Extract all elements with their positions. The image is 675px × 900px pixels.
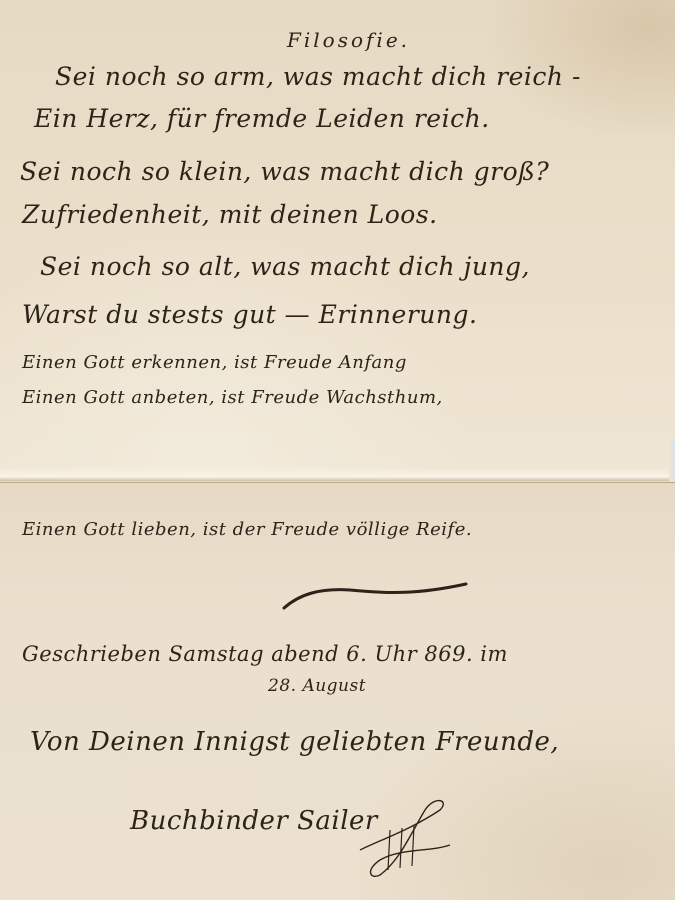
date-line: Geschrieben Samstag abend 6. Uhr 869. im	[22, 642, 508, 666]
verse-line-2: Ein Herz, für fremde Leiden reich.	[34, 104, 490, 133]
dedication-line: Von Deinen Innigst geliebten Freunde,	[30, 727, 559, 757]
verse-line-3: Sei noch so klein, was macht dich groß?	[20, 157, 549, 186]
verse-line-5: Sei noch so alt, was macht dich jung,	[40, 252, 530, 281]
kurrent-line-3: Einen Gott lieben, ist der Freude völlig…	[22, 519, 472, 540]
kurrent-line-1: Einen Gott erkennen, ist Freude Anfang	[22, 352, 407, 373]
top-page: Filosofie. Sei noch so arm, was macht di…	[0, 0, 675, 481]
poem-title: Filosofie.	[287, 28, 410, 52]
page-edge	[671, 440, 675, 482]
flourish-divider-icon	[280, 582, 470, 612]
verse-line-6: Warst du stests gut — Erinnerung.	[22, 300, 477, 329]
verse-line-1: Sei noch so arm, was macht dich reich -	[55, 62, 581, 91]
signature-flourish-icon	[340, 790, 460, 880]
kurrent-line-2: Einen Gott anbeten, ist Freude Wachsthum…	[22, 387, 443, 408]
date-line-2: 28. August	[268, 676, 366, 696]
verse-line-4: Zufriedenheit, mit deinen Loos.	[22, 200, 438, 229]
